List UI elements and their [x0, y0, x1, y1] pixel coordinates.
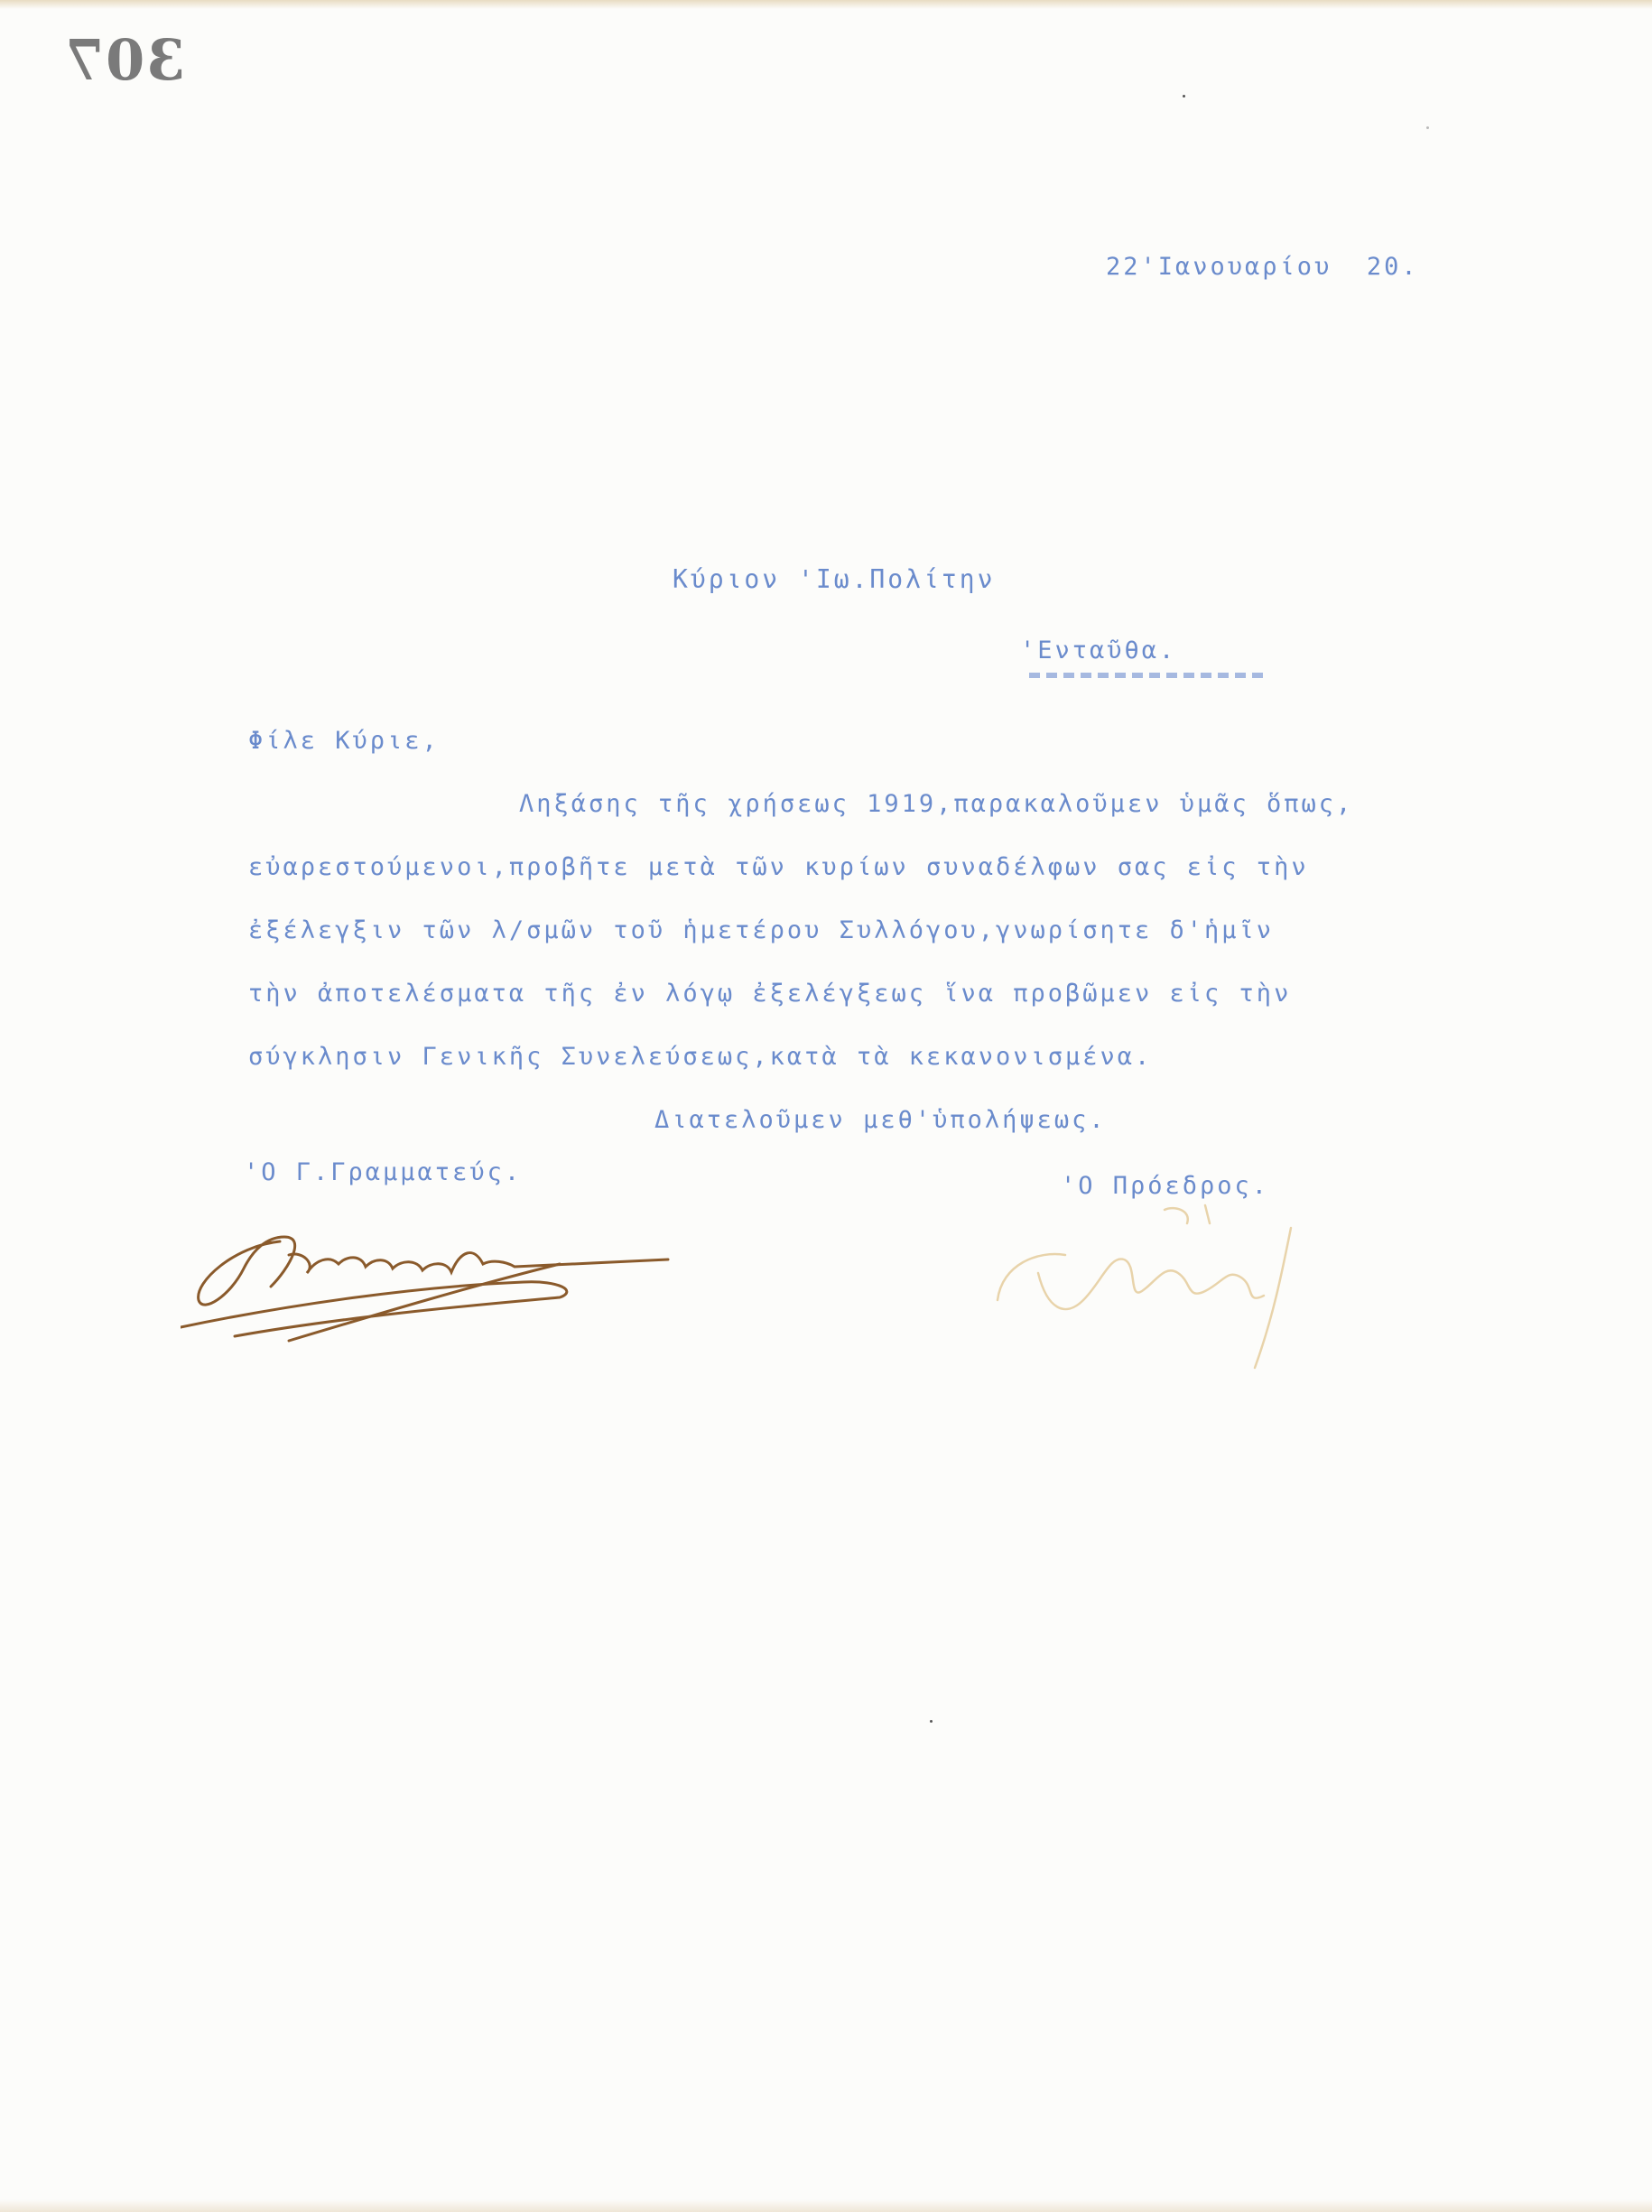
secretary-signature: [181, 1214, 686, 1345]
body-line: τὴν ἀποτελέσματα τῆς ἐν λόγῳ ἐξελέγξεως …: [248, 980, 1291, 1008]
location-underline: [1029, 673, 1264, 678]
page-top-edge: [0, 0, 1652, 9]
body-line: ἐξέλεγξιν τῶν λ/σμῶν τοῦ ἡμετέρου Συλλόγ…: [248, 916, 1274, 944]
recipient-location: 'Ενταῦθα.: [1020, 637, 1176, 665]
body-line: εὐαρεστούμενοι,προβῆτε μετὰ τῶν κυρίων σ…: [248, 853, 1309, 881]
paper-speck: [1426, 126, 1429, 129]
recipient-name: Κύριον 'Ιω.Πολίτην: [673, 564, 995, 594]
closing-line: Διατελοῦμεν μεθ'ὑπολήψεως.: [654, 1106, 1107, 1134]
salutation: Φίλε Κύριε,: [248, 727, 440, 755]
paper-speck: [1183, 95, 1185, 98]
paper-speck: [930, 1720, 933, 1723]
body-line: Ληξάσης τῆς χρήσεως 1919,παρακαλοῦμεν ὑμ…: [519, 790, 1353, 818]
page-bottom-edge: [0, 2199, 1652, 2212]
president-title: 'Ο Πρόεδρος.: [1061, 1172, 1269, 1200]
body-line: σύγκλησιν Γενικῆς Συνελεύσεως,κατὰ τὰ κε…: [248, 1043, 1152, 1071]
secretary-title: 'Ο Γ.Γραμματεύς.: [244, 1158, 522, 1186]
letter-date: 22'Ιανουαρίου 20.: [1106, 253, 1419, 281]
page-number-stamp: 307: [63, 27, 185, 93]
president-signature: [984, 1201, 1399, 1372]
